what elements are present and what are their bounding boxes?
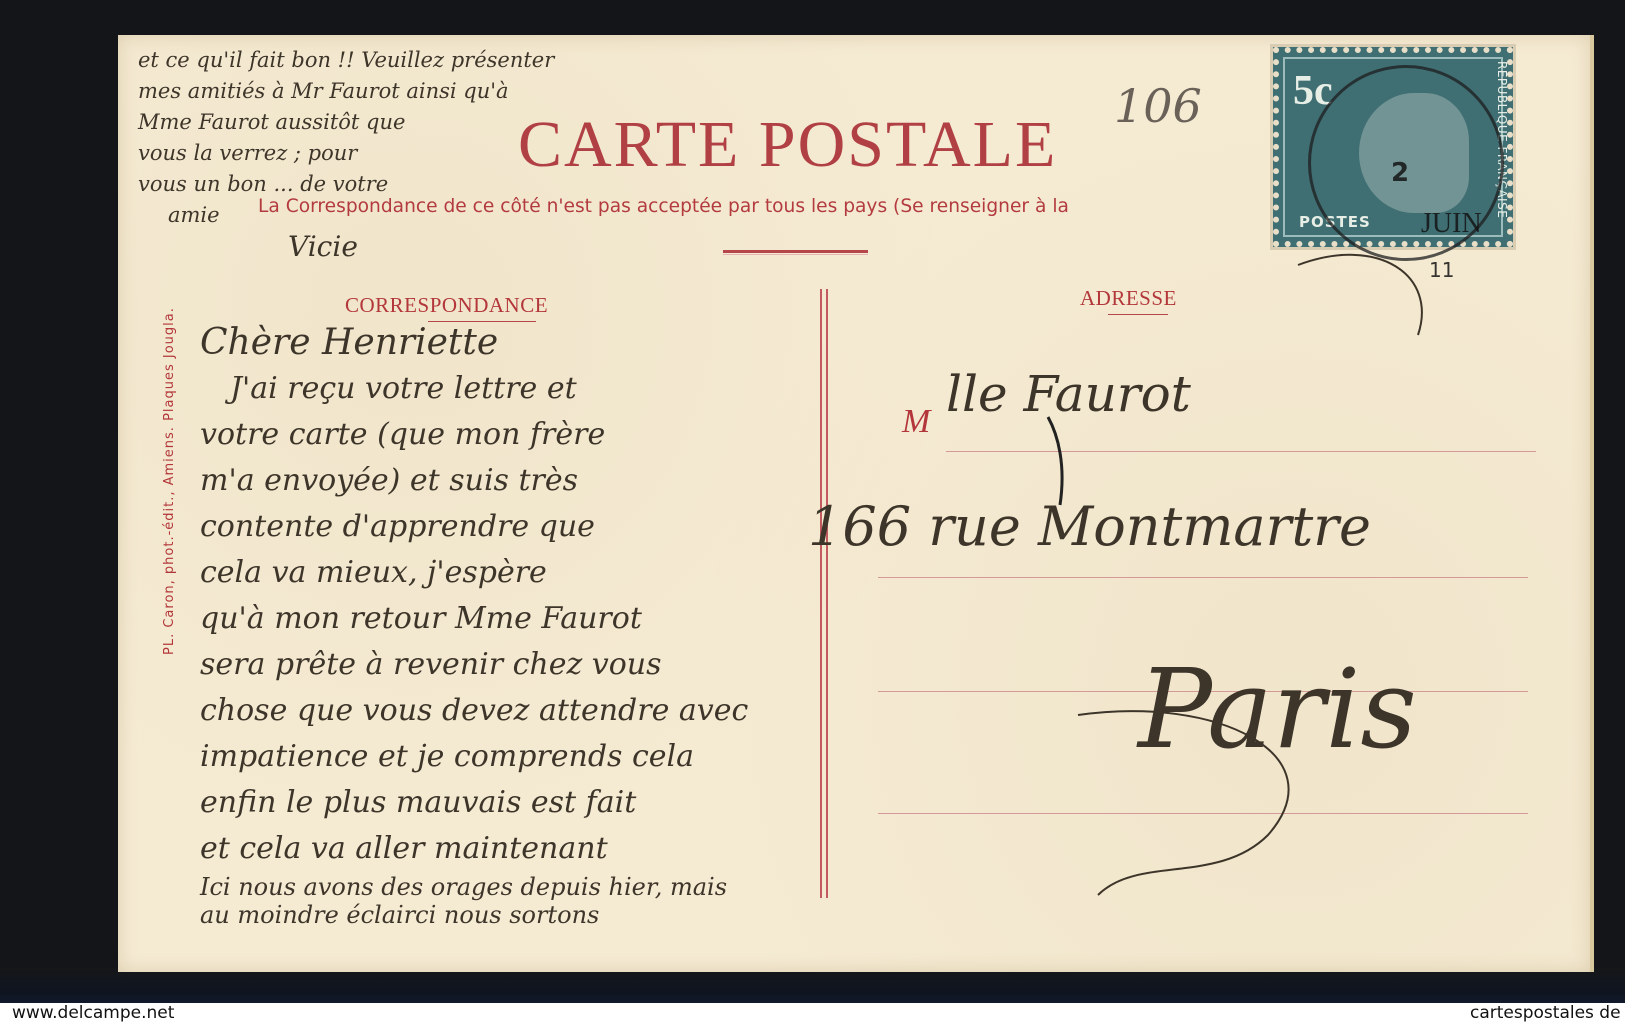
photo-background-bottom	[0, 968, 1625, 1003]
postcard: CARTE POSTALE La Correspondance de ce cô…	[118, 35, 1594, 972]
watermark-delcampe: www.delcampe.net	[12, 1003, 174, 1023]
watermark-cartespostales: cartespostales de	[1470, 1003, 1621, 1023]
pen-flourish-icon	[118, 35, 1590, 972]
